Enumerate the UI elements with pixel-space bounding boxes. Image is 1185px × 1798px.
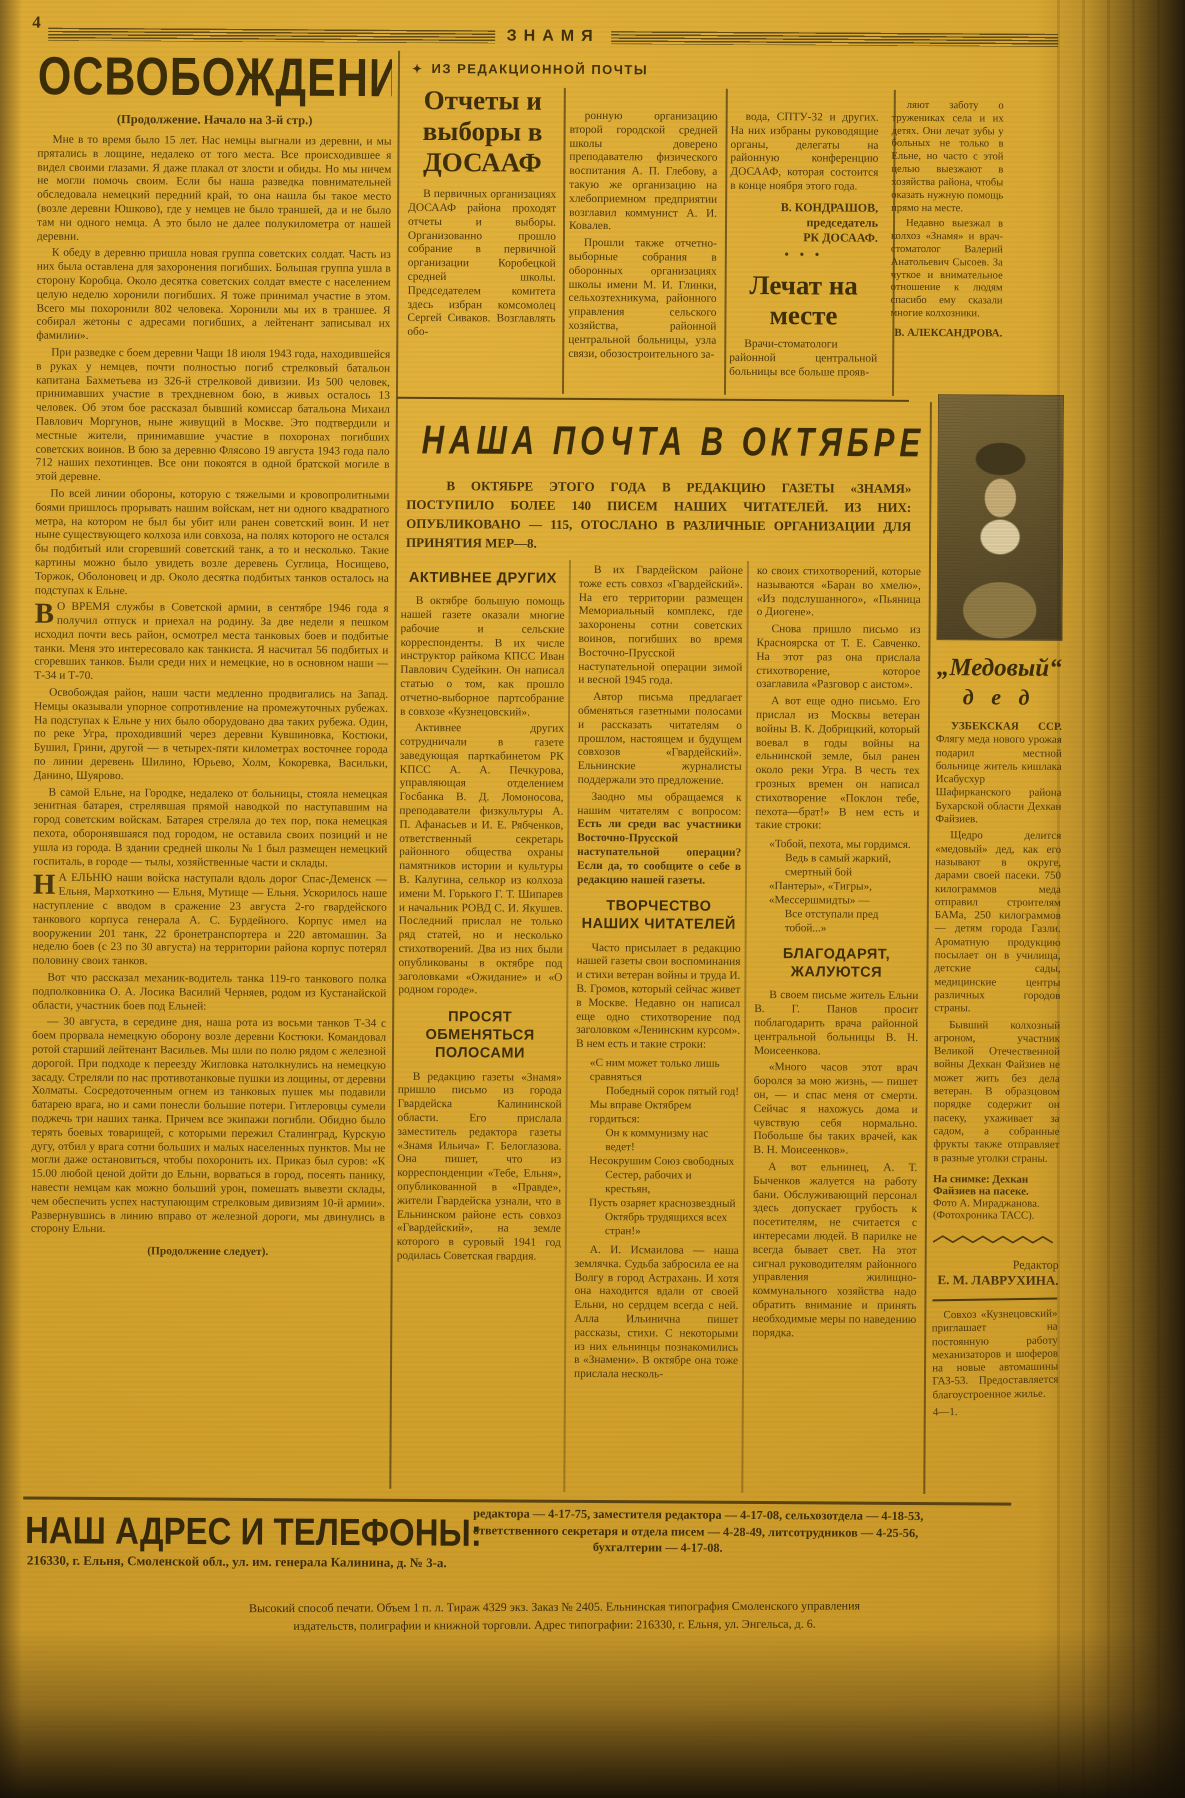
paragraph: А вот ельнинец, А. Т. Быченков жалуется … (752, 1161, 917, 1341)
paragraph: В редакцию газеты «Знамя» пришло письмо … (397, 1070, 562, 1264)
editor-label: Редактор (933, 1257, 1059, 1273)
star-icon: ✦ (412, 62, 424, 76)
paragraph: вода, СПТУ-32 и других. На них избраны р… (730, 111, 879, 195)
poem: «Тобой, пехота, мы гордимся. Ведь в самы… (755, 837, 920, 936)
section-heading: БЛАГОДАРЯТ, ЖАЛУЮТСЯ (754, 945, 918, 982)
page-number: 4 (32, 13, 41, 33)
pochta-banner: НАША ПОЧТА В ОКТЯБРЕ (422, 417, 912, 467)
pochta-col-1: АКТИВНЕЕ ДРУГИХ В октябре большую помощь… (395, 559, 565, 1498)
footer-title: НАШ АДРЕС И ТЕЛЕФОНЫ: (25, 1509, 482, 1555)
poem-line: Он к коммунизму нас ведет! (575, 1126, 739, 1155)
paragraph: В первичных организациях ДОСААФ района п… (407, 188, 556, 341)
dateline: УЗБЕКСКАЯ ССР. (951, 720, 1062, 733)
poem-line: «Тобой, пехота, мы гордимся. (755, 837, 919, 852)
article-title: ОСВОБОЖДЕНИЕ (38, 47, 392, 110)
paragraph: Активнее других сотрудничали в газете за… (398, 722, 564, 999)
masthead-rule-left (48, 27, 495, 43)
poem-line: Сестер, рабочих и крестьян, (575, 1168, 739, 1197)
medovy-title: „Медовый“ (936, 654, 1062, 683)
paragraph: Врачи-стоматологи районной центральной б… (729, 338, 877, 380)
paragraph: К обеду в деревню пришла новая группа со… (36, 247, 391, 346)
paragraph: А. И. Исмаилова — наша землячка. Судьба … (574, 1244, 739, 1383)
lechat-title: Лечат на месте (729, 270, 877, 331)
paragraph: Недавно выезжал в колхоз «Знамя» и врач-… (890, 218, 1003, 321)
dosaaf-col-2: ронную организацию второй городской сред… (568, 84, 718, 397)
paragraph: Освобождая район, наши части медленно пр… (34, 687, 389, 786)
photo-beekeeper (936, 394, 1064, 641)
letters-strip: Отчеты и выборы в ДОСААФ В первичных орг… (407, 83, 1019, 399)
signature: В. АЛЕКСАНДРОВА. (890, 327, 1002, 341)
continuation-note: (Продолжение следует). (31, 1245, 385, 1261)
phones-line: бухгалтерии — 4-17-08. (473, 1538, 1013, 1558)
paragraph: Бывший колхозный агроном, участник Велик… (933, 1019, 1060, 1166)
masthead-rule-right (612, 31, 1059, 47)
column-rule (923, 402, 931, 1494)
poem-line: Мы вправе Октябрем гордиться: (576, 1098, 740, 1127)
paragraph: В их Гвардейском районе тоже есть совхоз… (578, 564, 743, 689)
masthead: ЗНАМЯ (48, 25, 1058, 49)
medovy-title-2: д е д (936, 684, 1062, 711)
poem: «С ним может только лишь сравняться Побе… (575, 1056, 740, 1239)
footer-address: 216330, г. Ельня, Смоленской обл., ул. и… (27, 1553, 447, 1572)
paragraph: ронную организацию второй городской сред… (569, 110, 718, 235)
paragraph: ляют заботу о тружениках села и их детях… (891, 100, 1004, 216)
zigzag-divider (933, 1231, 1059, 1250)
paragraph: При разведке с боем деревни Чащи 18 июля… (35, 347, 390, 487)
pochta-col-2: В их Гвардейском районе тоже есть совхоз… (573, 560, 743, 1499)
pochta-col-3: ко своих стихотворений, которые называют… (751, 561, 921, 1500)
dropcap: В (35, 602, 54, 626)
poem-line: Все отступали пред тобой...» (755, 907, 919, 936)
dropcap: Н (33, 873, 56, 897)
poem-line: «С ним может только лишь сравняться (576, 1056, 740, 1085)
paragraph: Щедро делится «медовый» дед, как его наз… (934, 829, 1061, 1016)
paragraph: «Много часов этот врач боролся за мою жи… (753, 1061, 918, 1159)
dots-separator: • • • (730, 247, 878, 263)
article-osvobozhdenie: ОСВОБОЖДЕНИЕ (Продолжение. Начало на 3-й… (31, 47, 392, 1264)
paragraph-dropcap: ВО ВРЕМЯ службы в Советской армии, в сен… (34, 601, 388, 686)
paragraph: УЗБЕКСКАЯ ССР. Флягу меда нового урожая … (935, 720, 1062, 827)
bold-question: Есть ли среди вас участники Восточно-Пру… (577, 818, 741, 886)
paragraph: А вот еще одно письмо. Его прислал из Мо… (755, 695, 920, 834)
paper-title: ЗНАМЯ (495, 27, 612, 46)
editor-block: Редактор Е. М. ЛАВРУХИНА. (933, 1257, 1059, 1289)
section-kicker: ✦ИЗ РЕДАКЦИОННОЙ ПОЧТЫ (412, 61, 648, 77)
section-heading: АКТИВНЕЕ ДРУГИХ (401, 569, 565, 588)
poem-line: Победный сорок пятый год! (576, 1084, 740, 1099)
dosaaf-title: Отчеты и выборы в ДОСААФ (408, 85, 557, 179)
paragraph: — 30 августа, в середине дня, наша рота … (31, 1016, 386, 1239)
classified-ad: Совхоз «Кузнецовский» приглашает на пост… (931, 1297, 1059, 1419)
signature-name: В. КОНДРАШОВ, (730, 200, 878, 216)
dosaaf-col-1: Отчеты и выборы в ДОСААФ В первичных орг… (407, 83, 557, 396)
lechat-col-2: ляют заботу о тружениках села и их детях… (890, 86, 1004, 399)
poem-line: Пусть озаряет краснозвездный (575, 1196, 739, 1211)
photo-caption: На снимке: Дехкан Файзиев на пасеке. (933, 1173, 1059, 1198)
paragraph: Снова пришло письмо из Красноярска от Т.… (756, 623, 920, 693)
footer-phones: редактора — 4-17-75, заместителя редакто… (473, 1505, 1013, 1558)
poem-line: Ведь в самый жаркий, смертный бой (755, 851, 919, 880)
photo-credit: Фото А. Мираджанова. (933, 1197, 1059, 1210)
paragraph: Вот что рассказал механик-водитель танка… (32, 972, 386, 1016)
paragraph: Автор письма предлагает обменяться газет… (578, 691, 743, 789)
dosaaf-col-3: вода, СПТУ-32 и других. На них избраны р… (729, 85, 879, 398)
ad-text: Совхоз «Кузнецовский» приглашает на пост… (931, 1307, 1058, 1402)
section-rule (397, 397, 909, 402)
paragraph: Прошли также отчетно-выборные собрания в… (568, 237, 717, 362)
paragraph-dropcap: НА ЕЛЬНЮ наши войска наступали вдоль дор… (32, 872, 387, 971)
ad-marker: 4—1. (933, 1404, 1059, 1419)
kicker-label: ИЗ РЕДАКЦИОННОЙ ПОЧТЫ (431, 61, 648, 77)
signature: В. КОНДРАШОВ, председатель РК ДОСААФ. (730, 200, 878, 246)
poem-line: Октябрь трудящихся всех стран!» (575, 1210, 739, 1239)
paragraph: ко своих стихотворений, которые называют… (757, 565, 921, 621)
imprint-line: издательств, полиграфии и книжной торгов… (55, 1614, 1055, 1636)
article-medovy-ded: „Медовый“ д е д УЗБЕКСКАЯ ССР. Флягу мед… (931, 394, 1064, 1501)
paragraph: Заодно мы обращаемся к нашим читателям с… (577, 791, 742, 889)
paragraph: По всей линии обороны, которую с тяжелым… (35, 488, 390, 601)
signature-role: РК ДОСААФ. (730, 230, 878, 246)
phones-line: ответственного секретаря и отдела писем … (473, 1522, 1013, 1542)
pochta-lead: В ОКТЯБРЕ ЭТОГО ГОДА В РЕДАКЦИЮ ГАЗЕТЫ «… (406, 477, 911, 555)
paragraph: В самой Ельне, на Городке, недалеко от б… (33, 786, 387, 871)
paragraph: Мне в то время было 15 лет. Нас немцы вы… (37, 134, 392, 247)
imprint: Высокий способ печати. Объем 1 п. л. Тир… (54, 1596, 1054, 1636)
photo-credit-agency: (Фотохроника ТАСС). (933, 1209, 1059, 1222)
section-heading: ТВОРЧЕСТВО НАШИХ ЧИТАТЕЛЕЙ (577, 897, 741, 934)
paragraph: В своем письме житель Ельни В. Г. Панов … (754, 989, 918, 1059)
editor-name: Е. М. ЛАВРУХИНА. (933, 1272, 1059, 1289)
poem-line: «Пантеры», «Тигры», «Мессершмидты» — (755, 879, 919, 908)
poem-line: Несокрушим Союз свободных (575, 1154, 739, 1169)
signature-role: председатель (730, 215, 878, 231)
paragraph: Часто присылает в редакцию нашей газеты … (576, 941, 741, 1052)
article-subtitle: (Продолжение. Начало на 3-й стр.) (38, 112, 392, 129)
section-heading: ПРОСЯТ ОБМЕНЯТЬСЯ ПОЛОСАМИ (398, 1008, 562, 1063)
paragraph: В октябре большую помощь нашей газете ок… (400, 595, 565, 720)
newspaper-page: 4 ЗНАМЯ ОСВОБОЖДЕНИЕ (Продолжение. Начал… (0, 0, 1185, 1798)
pochta-columns: АКТИВНЕЕ ДРУГИХ В октябре большую помощь… (395, 559, 921, 1500)
